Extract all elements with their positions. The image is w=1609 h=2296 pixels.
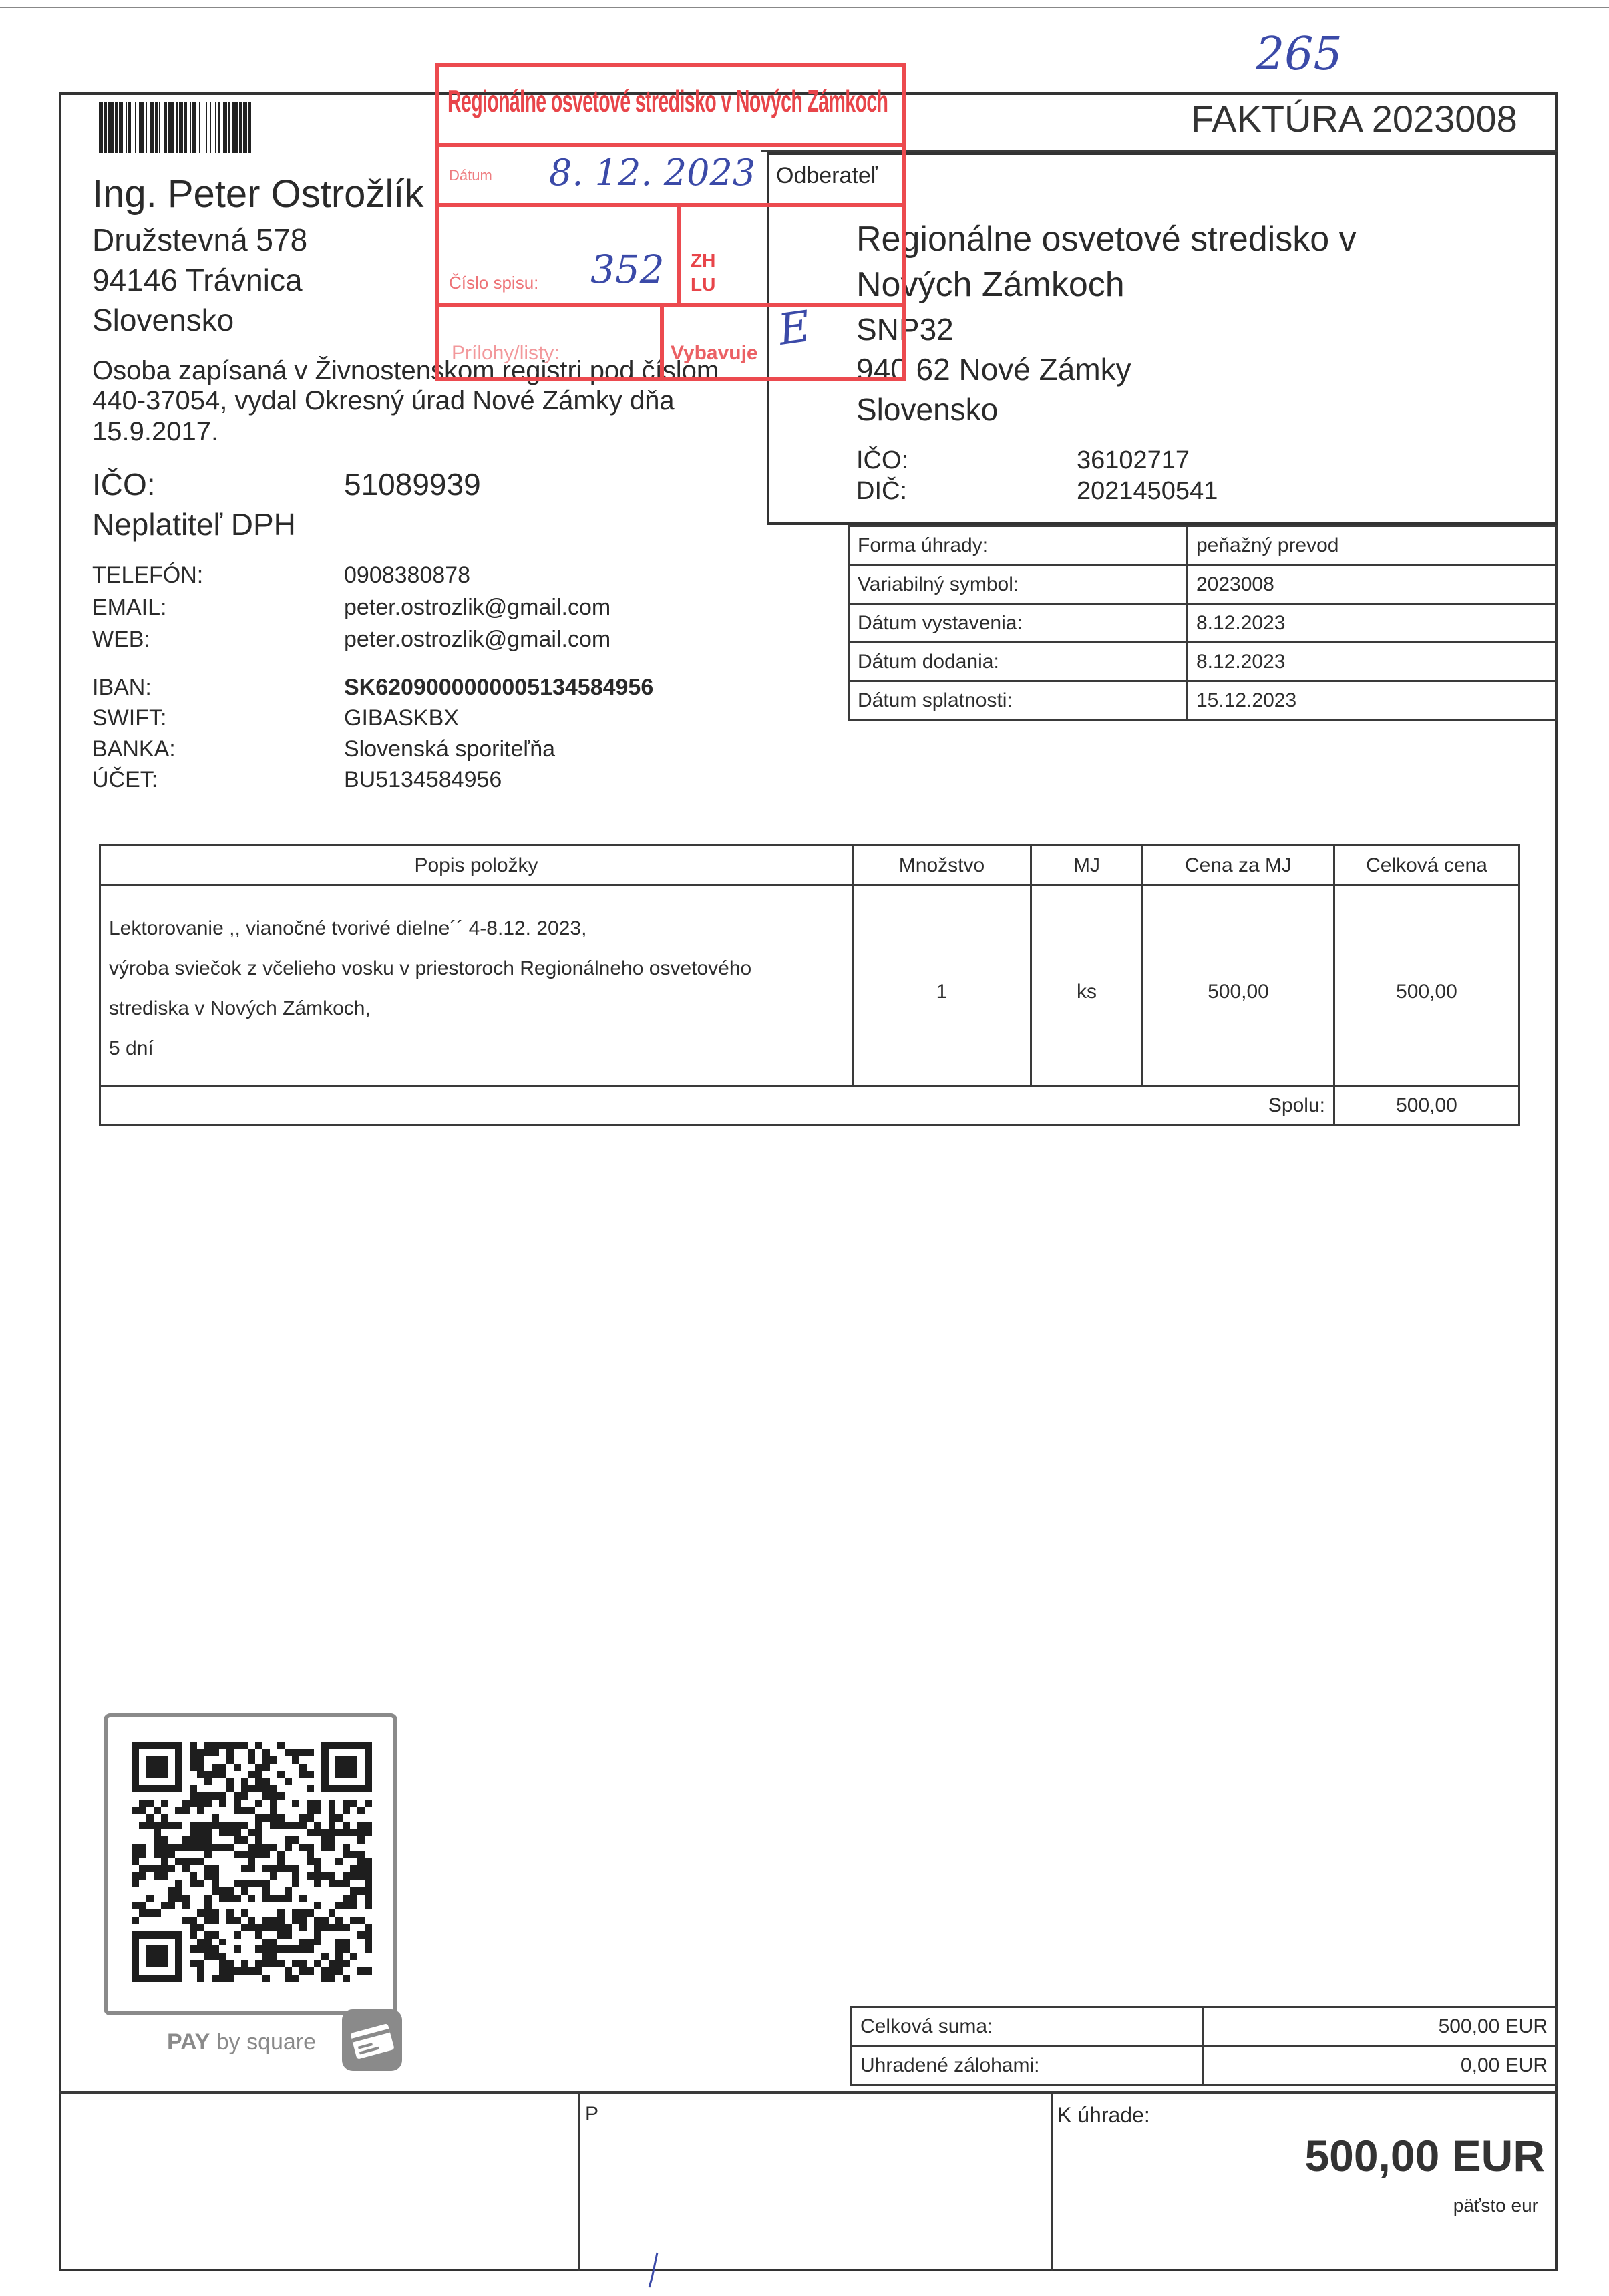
due-label: K úhrade: [1057, 2104, 1150, 2126]
stamp-col-2 [660, 305, 664, 379]
payment-value: 15.12.2023 [1188, 681, 1557, 720]
customer-name-1: Regionálne osvetové stredisko v [856, 222, 1357, 257]
payment-label: Forma úhrady: [849, 526, 1188, 565]
signature-stroke [647, 2251, 660, 2289]
invoice-title: FAKTÚRA 2023008 [1191, 100, 1517, 138]
stamp-date-value: 8. 12. 2023 [549, 155, 755, 191]
footer-col-divider-1 [578, 2092, 580, 2271]
payment-value: peňažný prevod [1188, 526, 1557, 565]
bank-account-value: BU5134584956 [344, 768, 502, 791]
stamp-border-left [435, 63, 439, 381]
items-sum-row: Spolu: 500,00 [100, 1086, 1519, 1125]
due-amount-words: päťsto eur [1453, 2196, 1538, 2215]
summary-value: 500,00 EUR [1204, 2007, 1557, 2046]
stamp-file-value: 352 [590, 250, 665, 289]
stamp-header: Regionálne osvetové stredisko v Nových Z… [448, 86, 888, 116]
payment-info-table: Forma úhrady: peňažný prevod Variabilný … [848, 525, 1558, 721]
payment-label: Dátum vystavenia: [849, 604, 1188, 643]
payment-row: Forma úhrady: peňažný prevod [849, 526, 1557, 565]
payment-row: Dátum dodania: 8.12.2023 [849, 643, 1557, 681]
contact-phone-value: 0908380878 [344, 564, 470, 587]
customer-ico-value: 36102717 [1077, 448, 1190, 473]
header-description: Popis položky [100, 846, 853, 886]
summary-row: Uhradené zálohami: 0,00 EUR [852, 2046, 1557, 2085]
item-total: 500,00 [1334, 886, 1519, 1086]
payment-label: Dátum dodania: [849, 643, 1188, 681]
payment-label: Variabilný symbol: [849, 565, 1188, 604]
item-description-line: výroba sviečok z včelieho vosku v priest… [109, 957, 844, 997]
payment-value: 8.12.2023 [1188, 604, 1557, 643]
stamp-handled-by-label: Vybavuje [671, 343, 758, 363]
summary-label: Uhradené zálohami: [852, 2046, 1204, 2085]
supplier-ico-value: 51089939 [344, 469, 481, 500]
scan-edge-line [0, 7, 1609, 8]
customer-country: Slovensko [856, 394, 998, 425]
barcode [99, 102, 339, 153]
summary-table: Celková suma: 500,00 EUR Uhradené záloha… [850, 2006, 1558, 2086]
contact-email-value: peter.ostrozlik@gmail.com [344, 596, 610, 619]
stamp-file-label: Číslo spisu: [449, 274, 538, 291]
paybysquare-bold: PAY [167, 2029, 210, 2055]
stamp-row-2 [435, 203, 906, 207]
stamp-border-top [435, 63, 906, 67]
footer-middle-label: P [585, 2104, 598, 2124]
stamp-date-label: Dátum [449, 168, 492, 183]
item-unit-price: 500,00 [1143, 886, 1334, 1086]
header-unit-price: Cena za MJ [1143, 846, 1334, 886]
stamp-lu: LU [691, 275, 715, 294]
summary-label: Celková suma: [852, 2007, 1204, 2046]
table-row: Lektorovanie ,, vianočné tvorivé dielne´… [100, 886, 1519, 1086]
supplier-country: Slovensko [92, 305, 234, 335]
bank-account-label: ÚČET: [92, 768, 158, 791]
bank-swift-label: SWIFT: [92, 707, 166, 729]
item-quantity: 1 [853, 886, 1031, 1086]
bank-swift-value: GIBASKBX [344, 707, 459, 729]
summary-value: 0,00 EUR [1204, 2046, 1557, 2085]
bank-name-value: Slovenská sporiteľňa [344, 737, 555, 760]
payment-label: Dátum splatnosti: [849, 681, 1188, 720]
payment-row: Variabilný symbol: 2023008 [849, 565, 1557, 604]
qr-code [132, 1742, 372, 1982]
payment-row: Dátum splatnosti: 15.12.2023 [849, 681, 1557, 720]
contact-web-label: WEB: [92, 628, 150, 651]
item-description-line: 5 dní [109, 1037, 844, 1064]
payment-row: Dátum vystavenia: 8.12.2023 [849, 604, 1557, 643]
bank-iban-value: SK6209000000005134584956 [344, 676, 653, 699]
supplier-city: 94146 Trávnica [92, 265, 303, 295]
item-description-line: strediska v Nových Zámkoch, [109, 997, 844, 1037]
contact-phone-label: TELEFÓN: [92, 564, 203, 587]
stamp-row-3 [435, 303, 906, 307]
supplier-vat-status: Neplatiteľ DPH [92, 509, 296, 540]
footer-divider [59, 2091, 1558, 2094]
payment-value: 8.12.2023 [1188, 643, 1557, 681]
supplier-name: Ing. Peter Ostrožlík [92, 175, 423, 214]
stamp-zh: ZH [691, 251, 715, 270]
header-unit: MJ [1031, 846, 1143, 886]
handled-by-initial: E [776, 305, 813, 352]
paybysquare-rest: by square [210, 2029, 316, 2055]
summary-row: Celková suma: 500,00 EUR [852, 2007, 1557, 2046]
bank-iban-label: IBAN: [92, 676, 152, 699]
handwritten-page-number: 265 [1256, 32, 1343, 77]
stamp-attachments-label: Prílohy/listy: [452, 343, 560, 363]
paybysquare-label: PAY by square [167, 2031, 316, 2054]
card-icon-svg [342, 2009, 402, 2071]
supplier-registration-3: 15.9.2017. [92, 418, 218, 445]
stamp-col-1 [677, 203, 681, 305]
payment-value: 2023008 [1188, 565, 1557, 604]
item-description-line: Lektorovanie ,, vianočné tvorivé dielne´… [109, 917, 844, 957]
sum-value: 500,00 [1334, 1086, 1519, 1125]
items-header-row: Popis položky Množstvo MJ Cena za MJ Cel… [100, 846, 1519, 886]
customer-dic-value: 2021450541 [1077, 478, 1218, 504]
due-amount: 500,00 EUR [1304, 2134, 1545, 2178]
stamp-border-bottom [435, 377, 906, 381]
customer-ico-label: IČO: [856, 448, 908, 473]
registry-stamp: Regionálne osvetové stredisko v Nových Z… [435, 63, 906, 381]
footer-col-divider-2 [1051, 2092, 1053, 2271]
sum-label: Spolu: [100, 1086, 1334, 1125]
items-table: Popis položky Množstvo MJ Cena za MJ Cel… [99, 844, 1520, 1126]
supplier-street: Družstevná 578 [92, 224, 307, 255]
header-total: Celková cena [1334, 846, 1519, 886]
supplier-registration-2: 440-37054, vydal Okresný úrad Nové Zámky… [92, 387, 675, 414]
item-description: Lektorovanie ,, vianočné tvorivé dielne´… [100, 886, 853, 1086]
bank-name-label: BANKA: [92, 737, 176, 760]
stamp-border-right [902, 63, 906, 381]
item-unit: ks [1031, 886, 1143, 1086]
contact-web-value: peter.ostrozlik@gmail.com [344, 628, 610, 651]
supplier-ico-label: IČO: [92, 469, 156, 500]
contact-email-label: EMAIL: [92, 596, 166, 619]
customer-dic-label: DIČ: [856, 478, 907, 504]
paybysquare-card-icon [342, 2009, 402, 2071]
stamp-row-1 [435, 143, 906, 147]
header-quantity: Množstvo [853, 846, 1031, 886]
